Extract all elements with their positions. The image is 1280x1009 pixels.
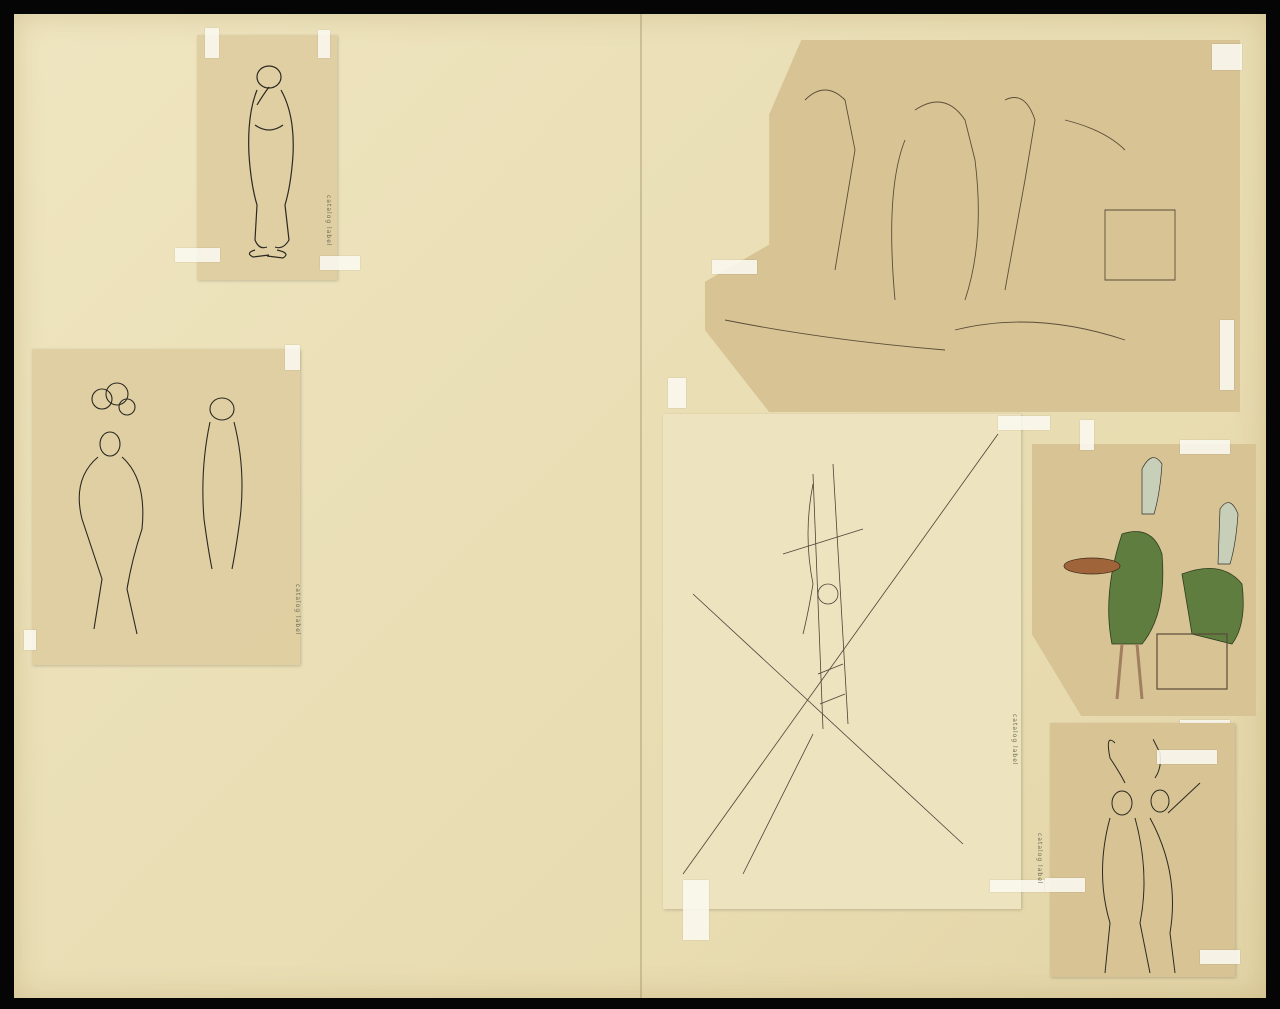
- panel-violinists-color: [1032, 444, 1256, 716]
- tape-strip: [998, 416, 1050, 430]
- panel-acrobat-ladder: catalog label: [663, 414, 1021, 909]
- clown-pair-sketch-icon: [32, 349, 300, 665]
- clown-sketch-icon: [197, 35, 337, 280]
- panel-camel-scene: [705, 40, 1240, 412]
- tape-strip: [712, 260, 757, 274]
- tape-strip: [1157, 750, 1217, 764]
- tape-strip: [285, 345, 300, 370]
- tape-strip: [205, 28, 219, 58]
- sheet-fold: [640, 14, 642, 998]
- tape-strip: [1200, 950, 1240, 964]
- tape-strip: [1045, 878, 1085, 892]
- panel-clown-standing: catalog label: [197, 35, 337, 280]
- tape-strip: [1220, 320, 1234, 390]
- tape-strip: [1080, 420, 1094, 450]
- tape-strip: [1180, 440, 1230, 454]
- acrobat-ladder-sketch-icon: [663, 414, 1021, 909]
- tape-strip: [320, 256, 360, 270]
- catalog-label: catalog label: [325, 195, 332, 247]
- catalog-label: catalog label: [1036, 833, 1043, 885]
- camel-scene-sketch-icon: [705, 40, 1240, 412]
- tape-strip: [24, 630, 36, 650]
- tape-strip: [175, 248, 220, 262]
- panel-clown-pair: catalog label: [32, 349, 300, 665]
- tape-strip: [668, 378, 686, 408]
- catalog-label: catalog label: [294, 584, 301, 636]
- catalog-label: catalog label: [1011, 714, 1018, 766]
- tape-strip: [1212, 44, 1242, 70]
- tape-strip: [318, 30, 330, 58]
- violinists-sketch-icon: [1032, 444, 1256, 716]
- tape-strip: [683, 880, 709, 940]
